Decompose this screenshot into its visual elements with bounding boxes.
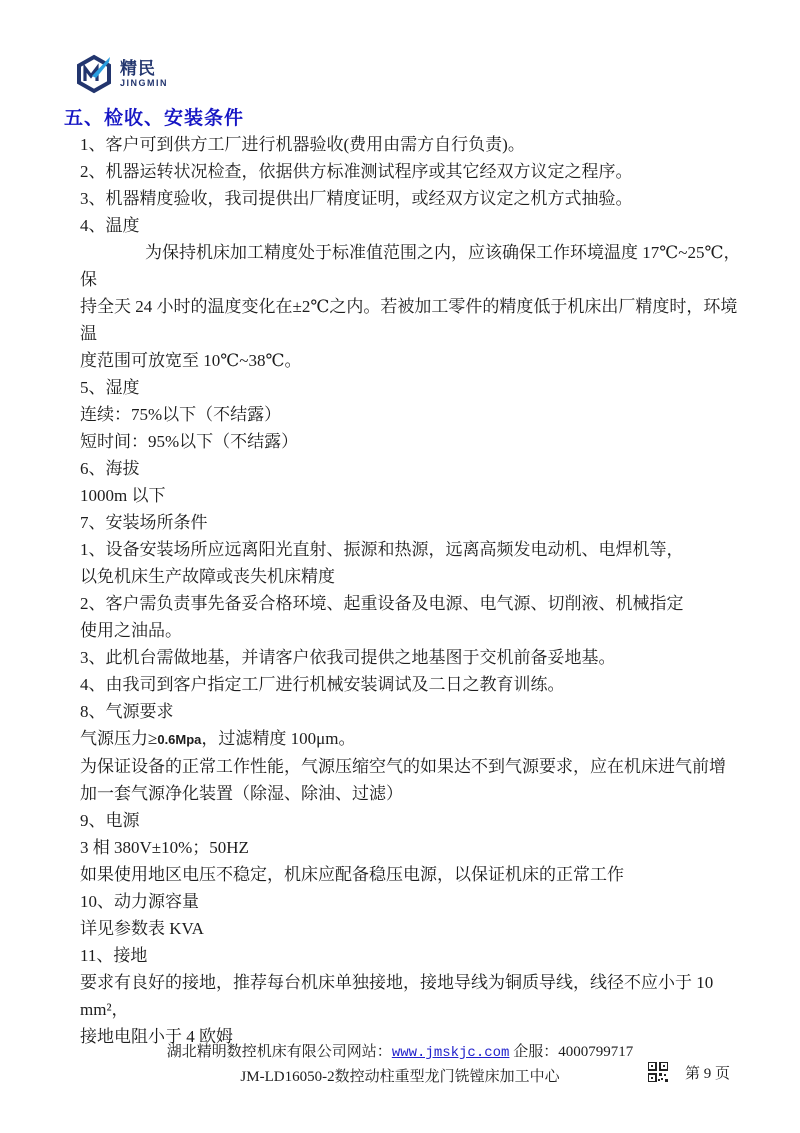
text-line: 要求有良好的接地，推荐每台机床单独接地，接地导线为铜质导线，线径不应小于 10 … [80,969,748,1023]
text-line: 11、接地 [80,942,748,969]
text-line: 使用之油品。 [80,617,748,644]
document-body: 1、客户可到供方工厂进行机器验收(费用由需方自行负责)。 2、机器运转状况检查，… [80,131,748,1050]
company-logo: 精民 JINGMIN [74,54,168,94]
text-line: 短时间：95%以下（不结露） [80,428,748,455]
section-heading: 五、检收、安装条件 [64,103,244,130]
text-line: 2、机器运转状况检查，依据供方标准测试程序或其它经双方议定之程序。 [80,158,748,185]
text-line: 8、气源要求 [80,698,748,725]
text-line: 7、安装场所条件 [80,509,748,536]
air-pressure-value: 0.6Mpa [157,732,201,747]
website-link[interactable]: www.jmskjc.com [392,1045,510,1061]
text-line: 1000m 以下 [80,482,748,509]
footer-model-line: JM-LD16050-2数控动柱重型龙门铣镗床加工中心 [0,1065,800,1086]
qr-code-icon [648,1062,668,1082]
text-line: 1、客户可到供方工厂进行机器验收(费用由需方自行负责)。 [80,131,748,158]
text-line: 1、设备安装场所应远离阳光直射、振源和热源，远离高频发电动机、电焊机等， [80,536,748,563]
text-line: 3、此机台需做地基，并请客户依我司提供之地基图于交机前备妥地基。 [80,644,748,671]
footer-service-label: 企服：4000799717 [509,1044,633,1060]
text-line: 9、电源 [80,807,748,834]
brand-name-cn: 精民 [120,60,168,77]
text-line: 10、动力源容量 [80,888,748,915]
text-line-air-pressure: 气源压力≥0.6Mpa，过滤精度 100μm。 [80,725,748,753]
text-line: 为保证设备的正常工作性能，气源压缩空气的如果达不到气源要求，应在机床进气前增 [80,753,748,780]
text-line: 2、客户需负责事先备妥合格环境、起重设备及电源、电气源、切削液、机械指定 [80,590,748,617]
text-line: 4、温度 [80,212,748,239]
hexagon-m-logo-icon [74,54,114,94]
air-pressure-suffix: ，过滤精度 100μm。 [201,729,355,748]
page-footer: 湖北精明数控机床有限公司网站：www.jmskjc.com 企服：4000799… [0,1040,800,1086]
text-line: 4、由我司到客户指定工厂进行机械安装调试及二日之教育训练。 [80,671,748,698]
page-number: 第 9 页 [685,1062,730,1083]
text-line: 3 相 380V±10%；50HZ [80,834,748,861]
text-line: 为保持机床加工精度处于标准值范围之内，应该确保工作环境温度 17℃~25℃，保 [80,239,748,293]
footer-company-line: 湖北精明数控机床有限公司网站：www.jmskjc.com 企服：4000799… [0,1040,800,1061]
text-line: 6、海拔 [80,455,748,482]
text-line: 如果使用地区电压不稳定，机床应配备稳压电源，以保证机床的正常工作 [80,861,748,888]
text-line: 度范围可放宽至 10℃~38℃。 [80,347,748,374]
air-pressure-prefix: 气源压力≥ [80,729,157,748]
brand-name-en: JINGMIN [120,79,168,88]
brand-text: 精民 JINGMIN [120,60,168,88]
footer-company-label: 湖北精明数控机床有限公司网站： [167,1044,392,1060]
text-line: 5、湿度 [80,374,748,401]
text-line: 加一套气源净化装置（除湿、除油、过滤） [80,780,748,807]
text-line: 详见参数表 KVA [80,915,748,942]
text-line: 以免机床生产故障或丧失机床精度 [80,563,748,590]
document-page: 精民 JINGMIN 五、检收、安装条件 1、客户可到供方工厂进行机器验收(费用… [0,0,800,1133]
text-line: 持全天 24 小时的温度变化在±2℃之内。若被加工零件的精度低于机床出厂精度时，… [80,293,748,347]
text-line: 连续：75%以下（不结露） [80,401,748,428]
text-line: 3、机器精度验收，我司提供出厂精度证明，或经双方议定之机方式抽验。 [80,185,748,212]
